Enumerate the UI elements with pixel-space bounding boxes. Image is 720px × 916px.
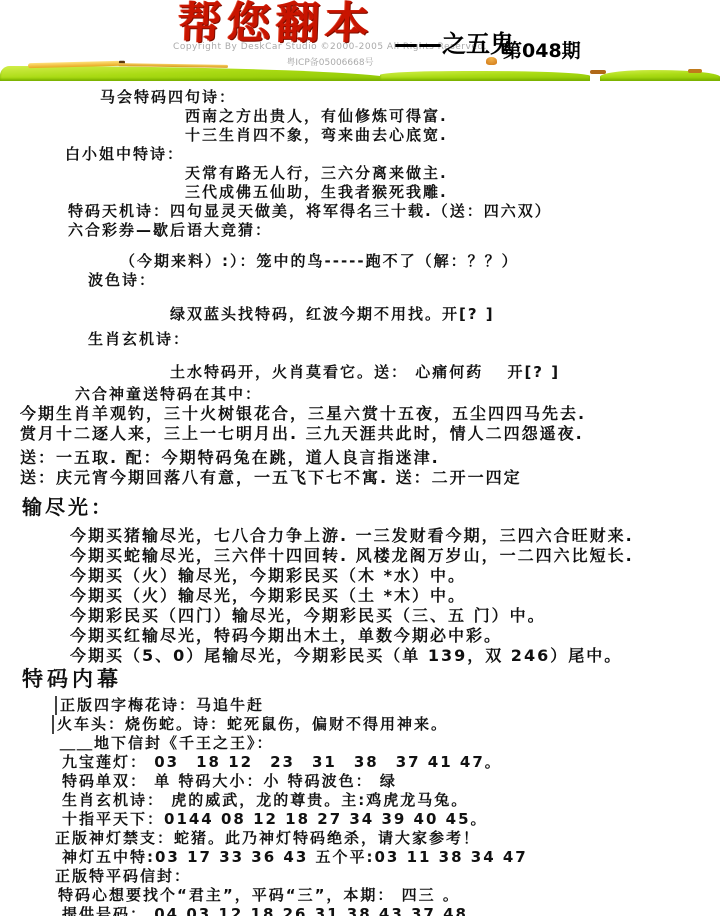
text-line: 今期买猪输尽光，七八合力争上游. 一三发财看今期，三四六合旺财来. <box>70 526 720 546</box>
text-line: 今期买红输尽光，特码今期出木土，单数今期必中彩。 <box>70 626 720 646</box>
twig-decoration <box>688 69 702 73</box>
text-line: ＿＿地下信封《千王之王》： <box>60 734 720 753</box>
text-line: 西南之方出贵人，有仙修炼可得富. <box>185 107 720 126</box>
text-line: 今期彩民买（四门）输尽光，今期彩民买（三、五 门）中。 <box>70 606 720 626</box>
text-line: 白小姐中特诗： <box>65 145 720 164</box>
page: Copyright By DeskCar Studio ©2000-2005 A… <box>0 0 720 916</box>
text-line: 今期买蛇输尽光，三六伴十四回转. 风楼龙阁万岁山，一二四六比短长. <box>70 546 720 566</box>
section-heading: 输尽光： <box>22 494 720 520</box>
text-line: 正版四字梅花诗：马追牛赶 <box>55 696 720 715</box>
text-line: 今期买（火）输尽光，今期彩民买（木 *水）中。 <box>70 566 720 586</box>
text-line: 神灯五中特:03 17 33 36 43 五个平:03 11 38 34 47 <box>62 848 720 867</box>
mushroom-decoration <box>486 57 497 65</box>
text-line: 特码天机诗：四句显灵天做美，将军得名三十载.（送：四六双） <box>68 202 720 221</box>
text-line: 六合神童送特码在其中： <box>75 385 720 404</box>
text-line: 生肖玄机诗： 虎的威武，龙的尊贵。主:鸡虎龙马兔。 <box>62 791 720 810</box>
text-line: 火车头：烧伤蛇。诗：蛇死鼠伤，偏财不得用神来。 <box>52 715 720 734</box>
issue-number: 第048期 <box>503 36 581 63</box>
text-line: 六合彩券—歇后语大竞猜： <box>68 221 720 240</box>
text-line: 土水特码开，火肖莫看它。送： 心痛何药 开[? ] <box>170 363 720 382</box>
text-line: 波色诗： <box>88 271 720 290</box>
page-subtitle: ——之五鬼 <box>394 24 514 59</box>
hill-graphic-right <box>600 70 720 81</box>
text-line: 三代成佛五仙助，生我者猴死我雕. <box>185 183 720 202</box>
text-line: 生肖玄机诗： <box>88 330 720 349</box>
text-line: 今期买（火）输尽光，今期彩民买（土 *木）中。 <box>70 586 720 606</box>
text-line: （今期来料）:）：笼中的鸟-----跑不了（解：？？） <box>120 252 720 271</box>
text-line: 今期生肖羊观钓，三十火树银花合，三星六赏十五夜，五尘四四马先去. <box>20 404 720 424</box>
text-line: 正版神灯禁支：蛇猪。此乃神灯特码绝杀，请大家参考！ <box>55 829 720 848</box>
text-line: 马会特码四句诗： <box>100 88 720 107</box>
twig-decoration <box>590 70 606 74</box>
text-line: 绿双蓝头找特码，红波今期不用找。开[? ] <box>170 305 720 324</box>
text-line: 送：庆元宵今期回落八有意，一五飞下七不寓. 送：二开一四定 <box>20 468 720 488</box>
section-heading: 特码内幕 <box>22 666 720 692</box>
text-line: 送：一五取. 配：今期特码兔在跳，道人良言指迷津. <box>20 448 720 468</box>
hill-graphic-middle <box>380 71 590 81</box>
text-line: 九宝莲灯： 03 18 12 23 31 38 37 41 47。 <box>62 753 720 772</box>
text-line: 今期买（5、0）尾输尽光，今期彩民买（单 139，双 246）尾中。 <box>70 646 720 666</box>
hill-graphic-left <box>0 66 400 81</box>
text-line: 提供号码： 04 03 12 18 26 31 38 43 37 48。 <box>62 905 720 916</box>
text-line: 赏月十二逐人来，三上一七明月出. 三九天涯共此时，情人二四怨遥夜. <box>20 424 720 444</box>
text-line: 特码单双： 单 特码大小：小 特码波色： 绿 <box>62 772 720 791</box>
text-line: 特码心想要找个“君主”，平码“三”，本期： 四三 。 <box>58 886 720 905</box>
body-text: 马会特码四句诗：西南之方出贵人，有仙修炼可得富.十三生肖四不象，弯来曲去心底宽.… <box>0 82 720 916</box>
page-title: 帮您翻本 <box>177 0 375 48</box>
text-line: 正版特平码信封： <box>55 867 720 886</box>
text-line: 天常有路无人行，三六分离来做主. <box>185 164 720 183</box>
text-line: 十三生肖四不象，弯来曲去心底宽. <box>185 126 720 145</box>
text-line: 十指平天下：0144 08 12 18 27 34 39 40 45。 <box>62 810 720 829</box>
